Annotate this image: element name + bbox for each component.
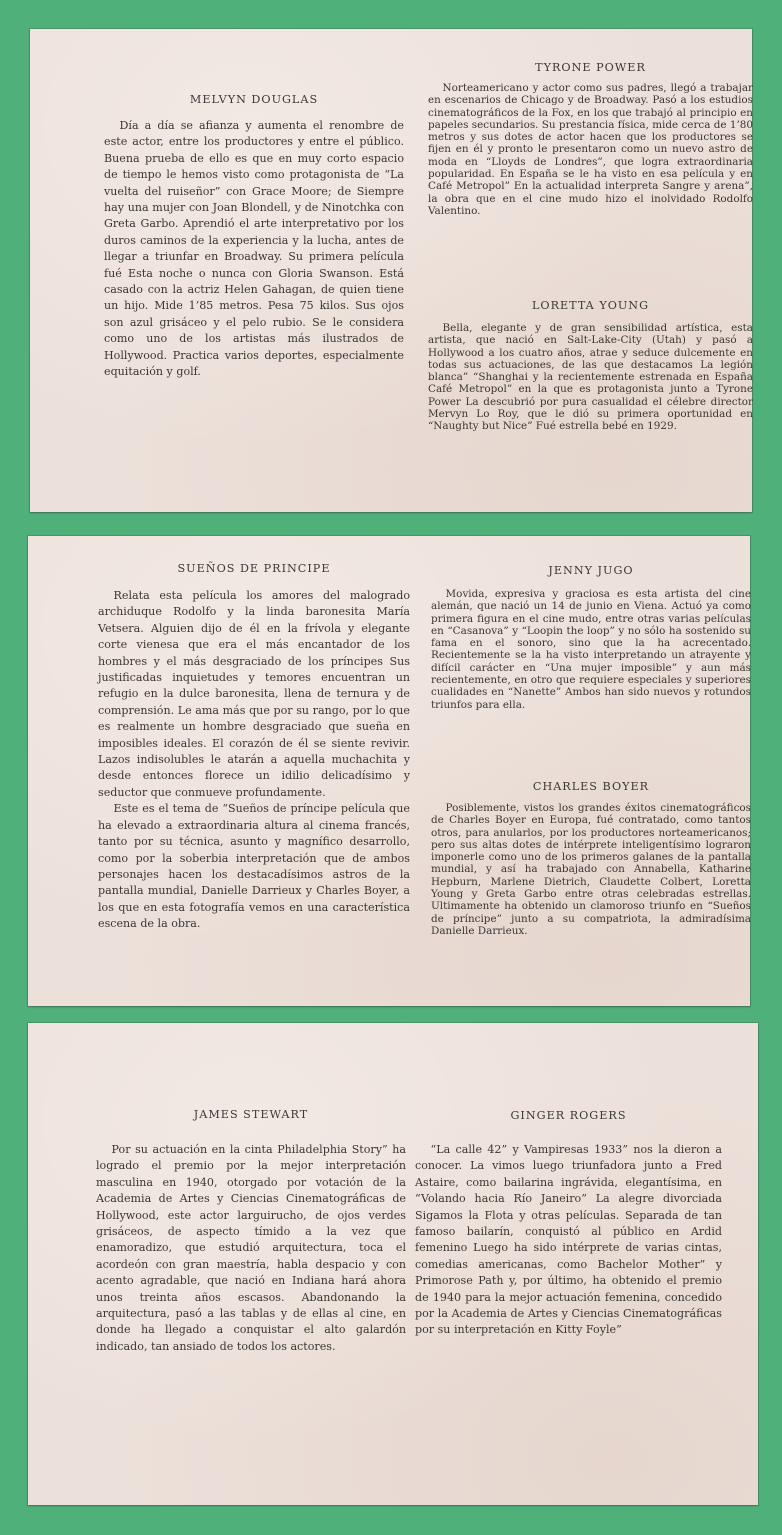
section-title: SUEÑOS DE PRINCIPE (98, 562, 410, 575)
paragraph: Norteamericano y actor como sus padres, … (428, 82, 753, 217)
paragraph: “La calle 42” y Vampiresas 1933” nos la … (415, 1142, 722, 1339)
section-loretta-young: LORETTA YOUNG Bella, elegante y de gran … (428, 299, 753, 433)
section-james-stewart: JAMES STEWART Por su actuación en la cin… (96, 1108, 406, 1355)
section-body: Día a día se afianza y aumenta el renomb… (104, 118, 404, 381)
card-2: SUEÑOS DE PRINCIPE Relata esta película … (28, 536, 750, 1006)
section-title: TYRONE POWER (428, 61, 753, 74)
section-body: Movida, expresiva y graciosa es esta art… (431, 588, 751, 711)
section-suenos-de-principe: SUEÑOS DE PRINCIPE Relata esta película … (98, 562, 410, 933)
section-body: “La calle 42” y Vampiresas 1933” nos la … (415, 1142, 722, 1339)
section-body: Norteamericano y actor como sus padres, … (428, 82, 753, 217)
section-melvyn-douglas: MELVYN DOUGLAS Día a día se afianza y au… (104, 93, 404, 381)
section-jenny-jugo: JENNY JUGO Movida, expresiva y graciosa … (431, 564, 751, 711)
section-title: MELVYN DOUGLAS (104, 93, 404, 106)
section-title: GINGER ROGERS (415, 1109, 722, 1122)
paragraph: Día a día se afianza y aumenta el renomb… (104, 118, 404, 381)
section-title: JAMES STEWART (96, 1108, 406, 1121)
card-3: JAMES STEWART Por su actuación en la cin… (28, 1023, 758, 1505)
paragraph: Bella, elegante y de gran sensibilidad a… (428, 322, 753, 433)
paragraph: Posiblemente, vistos los grandes éxitos … (431, 802, 751, 937)
paragraph: Relata esta película los amores del malo… (98, 588, 410, 801)
section-charles-boyer: CHARLES BOYER Posiblemente, vistos los g… (431, 780, 751, 937)
section-ginger-rogers: GINGER ROGERS “La calle 42” y Vampiresas… (415, 1109, 722, 1339)
section-tyrone-power: TYRONE POWER Norteamericano y actor como… (428, 61, 753, 217)
section-body: Bella, elegante y de gran sensibilidad a… (428, 322, 753, 433)
section-body: Posiblemente, vistos los grandes éxitos … (431, 802, 751, 937)
card-1: MELVYN DOUGLAS Día a día se afianza y au… (30, 29, 752, 512)
section-title: LORETTA YOUNG (428, 299, 753, 312)
paragraph: Movida, expresiva y graciosa es esta art… (431, 588, 751, 711)
section-body: Relata esta película los amores del malo… (98, 588, 410, 933)
section-title: CHARLES BOYER (431, 780, 751, 793)
section-body: Por su actuación en la cinta Philadelphi… (96, 1142, 406, 1355)
paragraph: Este es el tema de “Sueños de príncipe p… (98, 801, 410, 932)
paragraph: Por su actuación en la cinta Philadelphi… (96, 1142, 406, 1355)
section-title: JENNY JUGO (431, 564, 751, 577)
